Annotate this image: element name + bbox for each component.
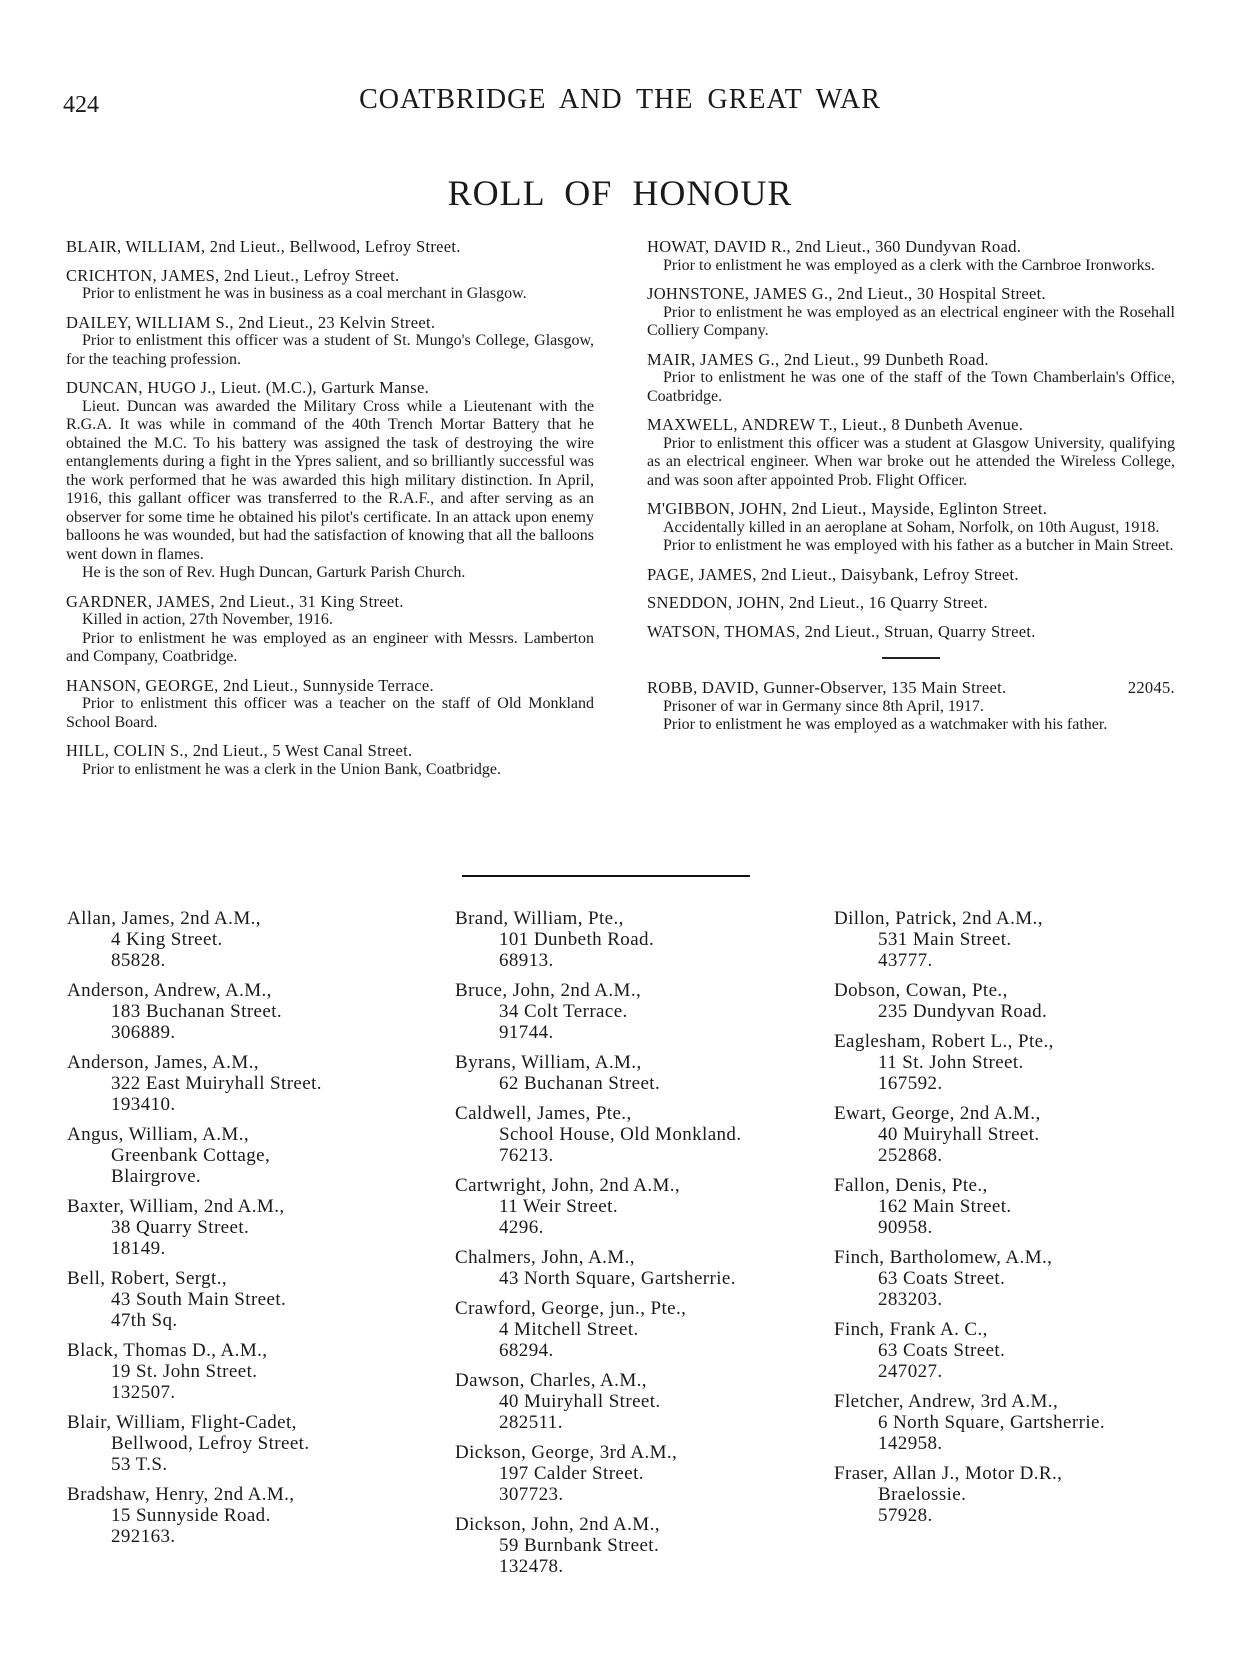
roll-number: 283203. xyxy=(834,1289,1194,1310)
roll-address: 59 Burnbank Street. xyxy=(455,1535,815,1556)
roll-number: 57928. xyxy=(834,1505,1194,1526)
roll-number: 252868. xyxy=(834,1145,1194,1166)
section-title: ROLL OF HONOUR xyxy=(0,172,1240,214)
roll-name: Crawford, George, jun., Pte., xyxy=(455,1298,815,1319)
roll-address: 63 Coats Street. xyxy=(834,1268,1194,1289)
roll-number: 85828. xyxy=(67,950,437,971)
short-divider xyxy=(882,657,940,659)
roll-name: Dickson, John, 2nd A.M., xyxy=(455,1514,815,1535)
roll-address: Braelossie. xyxy=(834,1484,1194,1505)
officer-heading: WATSON, THOMAS, 2nd Lieut., Struan, Quar… xyxy=(647,623,1175,642)
prisoner-bio: Prior to enlistment he was employed as a… xyxy=(647,716,1175,735)
roll-entry: Anderson, Andrew, A.M.,183 Buchanan Stre… xyxy=(67,980,437,1043)
officer-heading: MAXWELL, ANDREW T., Lieut., 8 Dunbeth Av… xyxy=(647,416,1175,435)
officers-left-column: BLAIR, WILLIAM, 2nd Lieut., Bellwood, Le… xyxy=(66,238,594,789)
roll-entry: Cartwright, John, 2nd A.M.,11 Weir Stree… xyxy=(455,1175,815,1238)
officer-entry: PAGE, JAMES, 2nd Lieut., Daisybank, Lefr… xyxy=(647,566,1175,585)
prisoner-entry: ROBB, DAVID, Gunner-Observer, 135 Main S… xyxy=(647,679,1175,735)
roll-name: Dobson, Cowan, Pte., xyxy=(834,980,1194,1001)
roll-name: Finch, Bartholomew, A.M., xyxy=(834,1247,1194,1268)
officer-entry: HANSON, GEORGE, 2nd Lieut., Sunnyside Te… xyxy=(66,677,594,733)
roll-entry: Finch, Bartholomew, A.M.,63 Coats Street… xyxy=(834,1247,1194,1310)
officer-note: Prior to enlistment he was employed as a… xyxy=(647,257,1175,276)
officer-note: Prior to enlistment this officer was a t… xyxy=(66,695,594,732)
officer-heading: M'GIBBON, JOHN, 2nd Lieut., Mayside, Egl… xyxy=(647,500,1175,519)
roll-column-1: Allan, James, 2nd A.M.,4 King Street.858… xyxy=(67,908,437,1556)
prisoner-note: Prisoner of war in Germany since 8th Apr… xyxy=(647,698,1175,717)
roll-entry: Dickson, George, 3rd A.M.,197 Calder Str… xyxy=(455,1442,815,1505)
roll-name: Dawson, Charles, A.M., xyxy=(455,1370,815,1391)
roll-number: 53 T.S. xyxy=(67,1454,437,1475)
roll-name: Brand, William, Pte., xyxy=(455,908,815,929)
roll-name: Dillon, Patrick, 2nd A.M., xyxy=(834,908,1194,929)
officers-right-column: HOWAT, DAVID R., 2nd Lieut., 360 Dundyva… xyxy=(647,238,1175,745)
roll-address: 322 East Muiryhall Street. xyxy=(67,1073,437,1094)
roll-address: 63 Coats Street. xyxy=(834,1340,1194,1361)
roll-number: 132478. xyxy=(455,1556,815,1577)
officer-entry: JOHNSTONE, JAMES G., 2nd Lieut., 30 Hosp… xyxy=(647,285,1175,341)
roll-entry: Crawford, George, jun., Pte.,4 Mitchell … xyxy=(455,1298,815,1361)
officer-heading: CRICHTON, JAMES, 2nd Lieut., Lefroy Stre… xyxy=(66,267,594,286)
officer-heading: DAILEY, WILLIAM S., 2nd Lieut., 23 Kelvi… xyxy=(66,314,594,333)
roll-name: Finch, Frank A. C., xyxy=(834,1319,1194,1340)
roll-entry: Anderson, James, A.M.,322 East Muiryhall… xyxy=(67,1052,437,1115)
roll-entry: Baxter, William, 2nd A.M.,38 Quarry Stre… xyxy=(67,1196,437,1259)
roll-number: 91744. xyxy=(455,1022,815,1043)
officer-entry: HOWAT, DAVID R., 2nd Lieut., 360 Dundyva… xyxy=(647,238,1175,275)
roll-entry: Bell, Robert, Sergt.,43 South Main Stree… xyxy=(67,1268,437,1331)
officer-heading: MAIR, JAMES G., 2nd Lieut., 99 Dunbeth R… xyxy=(647,351,1175,370)
roll-address: 197 Calder Street. xyxy=(455,1463,815,1484)
roll-name: Blair, William, Flight-Cadet, xyxy=(67,1412,437,1433)
roll-column-3: Dillon, Patrick, 2nd A.M.,531 Main Stree… xyxy=(834,908,1194,1535)
roll-address: 11 St. John Street. xyxy=(834,1052,1194,1073)
prisoner-number: 22045. xyxy=(1128,679,1175,698)
officer-entry: M'GIBBON, JOHN, 2nd Lieut., Mayside, Egl… xyxy=(647,500,1175,556)
roll-entry: Fraser, Allan J., Motor D.R.,Braelossie.… xyxy=(834,1463,1194,1526)
roll-address: 162 Main Street. xyxy=(834,1196,1194,1217)
roll-name: Bradshaw, Henry, 2nd A.M., xyxy=(67,1484,437,1505)
roll-address: 183 Buchanan Street. xyxy=(67,1001,437,1022)
roll-number: 247027. xyxy=(834,1361,1194,1382)
roll-number: 282511. xyxy=(455,1412,815,1433)
officer-note: Prior to enlistment this officer was a s… xyxy=(647,435,1175,491)
officer-entry: MAIR, JAMES G., 2nd Lieut., 99 Dunbeth R… xyxy=(647,351,1175,407)
roll-name: Byrans, William, A.M., xyxy=(455,1052,815,1073)
running-head: COATBRIDGE AND THE GREAT WAR xyxy=(0,84,1240,116)
roll-number: 90958. xyxy=(834,1217,1194,1238)
officer-entry: DAILEY, WILLIAM S., 2nd Lieut., 23 Kelvi… xyxy=(66,314,594,370)
roll-number: 167592. xyxy=(834,1073,1194,1094)
roll-name: Ewart, George, 2nd A.M., xyxy=(834,1103,1194,1124)
roll-number: 47th Sq. xyxy=(67,1310,437,1331)
officer-entry: MAXWELL, ANDREW T., Lieut., 8 Dunbeth Av… xyxy=(647,416,1175,490)
roll-address: 43 South Main Street. xyxy=(67,1289,437,1310)
roll-entry: Brand, William, Pte.,101 Dunbeth Road.68… xyxy=(455,908,815,971)
officer-entry: DUNCAN, HUGO J., Lieut. (M.C.), Garturk … xyxy=(66,379,594,583)
roll-entry: Dobson, Cowan, Pte.,235 Dundyvan Road. xyxy=(834,980,1194,1022)
roll-name: Angus, William, A.M., xyxy=(67,1124,437,1145)
roll-name: Caldwell, James, Pte., xyxy=(455,1103,815,1124)
roll-number: 18149. xyxy=(67,1238,437,1259)
officer-note: Lieut. Duncan was awarded the Military C… xyxy=(66,398,594,565)
roll-address: Bellwood, Lefroy Street. xyxy=(67,1433,437,1454)
officer-note: Prior to enlistment he was a clerk in th… xyxy=(66,761,594,780)
roll-entry: Fallon, Denis, Pte.,162 Main Street.9095… xyxy=(834,1175,1194,1238)
roll-number: 306889. xyxy=(67,1022,437,1043)
roll-entry: Dillon, Patrick, 2nd A.M.,531 Main Stree… xyxy=(834,908,1194,971)
roll-number: 193410. xyxy=(67,1094,437,1115)
roll-address: 15 Sunnyside Road. xyxy=(67,1505,437,1526)
roll-address: 4 Mitchell Street. xyxy=(455,1319,815,1340)
roll-name: Bruce, John, 2nd A.M., xyxy=(455,980,815,1001)
roll-address: 40 Muiryhall Street. xyxy=(455,1391,815,1412)
officer-entry: HILL, COLIN S., 2nd Lieut., 5 West Canal… xyxy=(66,742,594,779)
roll-address: 62 Buchanan Street. xyxy=(455,1073,815,1094)
roll-address: School House, Old Monkland. xyxy=(455,1124,815,1145)
roll-name: Anderson, Andrew, A.M., xyxy=(67,980,437,1001)
roll-name: Chalmers, John, A.M., xyxy=(455,1247,815,1268)
prisoner-head: ROBB, DAVID, Gunner-Observer, 135 Main S… xyxy=(647,678,1006,697)
officer-heading: PAGE, JAMES, 2nd Lieut., Daisybank, Lefr… xyxy=(647,566,1175,585)
officer-entry: CRICHTON, JAMES, 2nd Lieut., Lefroy Stre… xyxy=(66,267,594,304)
roll-name: Fletcher, Andrew, 3rd A.M., xyxy=(834,1391,1194,1412)
roll-entry: Blair, William, Flight-Cadet,Bellwood, L… xyxy=(67,1412,437,1475)
officer-note: He is the son of Rev. Hugh Duncan, Gartu… xyxy=(66,564,594,583)
officer-heading: BLAIR, WILLIAM, 2nd Lieut., Bellwood, Le… xyxy=(66,238,594,257)
officer-note: Prior to enlistment he was in business a… xyxy=(66,285,594,304)
roll-name: Anderson, James, A.M., xyxy=(67,1052,437,1073)
roll-address: 4 King Street. xyxy=(67,929,437,950)
roll-entry: Bradshaw, Henry, 2nd A.M.,15 Sunnyside R… xyxy=(67,1484,437,1547)
roll-entry: Ewart, George, 2nd A.M.,40 Muiryhall Str… xyxy=(834,1103,1194,1166)
officer-heading: HOWAT, DAVID R., 2nd Lieut., 360 Dundyva… xyxy=(647,238,1175,257)
officer-note: Prior to enlistment he was employed as a… xyxy=(66,630,594,667)
roll-name: Baxter, William, 2nd A.M., xyxy=(67,1196,437,1217)
roll-entry: Dawson, Charles, A.M.,40 Muiryhall Stree… xyxy=(455,1370,815,1433)
roll-entry: Dickson, John, 2nd A.M.,59 Burnbank Stre… xyxy=(455,1514,815,1577)
section-divider xyxy=(462,875,750,877)
roll-name: Cartwright, John, 2nd A.M., xyxy=(455,1175,815,1196)
roll-entry: Byrans, William, A.M.,62 Buchanan Street… xyxy=(455,1052,815,1094)
officer-entry: GARDNER, JAMES, 2nd Lieut., 31 King Stre… xyxy=(66,593,594,667)
roll-number: Blairgrove. xyxy=(67,1166,437,1187)
officer-heading: DUNCAN, HUGO J., Lieut. (M.C.), Garturk … xyxy=(66,379,594,398)
roll-entry: Chalmers, John, A.M.,43 North Square, Ga… xyxy=(455,1247,815,1289)
roll-address: 34 Colt Terrace. xyxy=(455,1001,815,1022)
officer-note: Prior to enlistment he was one of the st… xyxy=(647,369,1175,406)
officer-heading: HANSON, GEORGE, 2nd Lieut., Sunnyside Te… xyxy=(66,677,594,696)
roll-name: Black, Thomas D., A.M., xyxy=(67,1340,437,1361)
roll-address: 43 North Square, Gartsherrie. xyxy=(455,1268,815,1289)
roll-column-2: Brand, William, Pte.,101 Dunbeth Road.68… xyxy=(455,908,815,1586)
roll-number: 132507. xyxy=(67,1382,437,1403)
roll-number: 4296. xyxy=(455,1217,815,1238)
roll-name: Bell, Robert, Sergt., xyxy=(67,1268,437,1289)
officer-heading: SNEDDON, JOHN, 2nd Lieut., 16 Quarry Str… xyxy=(647,594,1175,613)
roll-name: Dickson, George, 3rd A.M., xyxy=(455,1442,815,1463)
roll-name: Allan, James, 2nd A.M., xyxy=(67,908,437,929)
roll-number: 76213. xyxy=(455,1145,815,1166)
roll-address: 235 Dundyvan Road. xyxy=(834,1001,1194,1022)
roll-number: 142958. xyxy=(834,1433,1194,1454)
roll-entry: Fletcher, Andrew, 3rd A.M.,6 North Squar… xyxy=(834,1391,1194,1454)
roll-number: 43777. xyxy=(834,950,1194,971)
roll-address: 6 North Square, Gartsherrie. xyxy=(834,1412,1194,1433)
officer-entry: SNEDDON, JOHN, 2nd Lieut., 16 Quarry Str… xyxy=(647,594,1175,613)
roll-address: 531 Main Street. xyxy=(834,929,1194,950)
officer-note: Prior to enlistment this officer was a s… xyxy=(66,332,594,369)
officer-note: Prior to enlistment he was employed with… xyxy=(647,537,1175,556)
roll-name: Fraser, Allan J., Motor D.R., xyxy=(834,1463,1194,1484)
roll-entry: Allan, James, 2nd A.M.,4 King Street.858… xyxy=(67,908,437,971)
roll-entry: Black, Thomas D., A.M.,19 St. John Stree… xyxy=(67,1340,437,1403)
roll-number: 68913. xyxy=(455,950,815,971)
roll-entry: Bruce, John, 2nd A.M.,34 Colt Terrace.91… xyxy=(455,980,815,1043)
officer-heading: GARDNER, JAMES, 2nd Lieut., 31 King Stre… xyxy=(66,593,594,612)
officer-note: Prior to enlistment he was employed as a… xyxy=(647,304,1175,341)
officer-heading: HILL, COLIN S., 2nd Lieut., 5 West Canal… xyxy=(66,742,594,761)
roll-number: 292163. xyxy=(67,1526,437,1547)
roll-number: 307723. xyxy=(455,1484,815,1505)
officer-heading: JOHNSTONE, JAMES G., 2nd Lieut., 30 Hosp… xyxy=(647,285,1175,304)
roll-name: Eaglesham, Robert L., Pte., xyxy=(834,1031,1194,1052)
roll-address: Greenbank Cottage, xyxy=(67,1145,437,1166)
officer-entry: BLAIR, WILLIAM, 2nd Lieut., Bellwood, Le… xyxy=(66,238,594,257)
roll-name: Fallon, Denis, Pte., xyxy=(834,1175,1194,1196)
roll-entry: Eaglesham, Robert L., Pte.,11 St. John S… xyxy=(834,1031,1194,1094)
roll-entry: Angus, William, A.M.,Greenbank Cottage,B… xyxy=(67,1124,437,1187)
officer-note: Accidentally killed in an aeroplane at S… xyxy=(647,519,1175,538)
roll-address: 40 Muiryhall Street. xyxy=(834,1124,1194,1145)
roll-number: 68294. xyxy=(455,1340,815,1361)
roll-entry: Finch, Frank A. C.,63 Coats Street.24702… xyxy=(834,1319,1194,1382)
roll-address: 38 Quarry Street. xyxy=(67,1217,437,1238)
roll-address: 19 St. John Street. xyxy=(67,1361,437,1382)
officer-note: Killed in action, 27th November, 1916. xyxy=(66,611,594,630)
officer-entry: WATSON, THOMAS, 2nd Lieut., Struan, Quar… xyxy=(647,623,1175,642)
roll-address: 101 Dunbeth Road. xyxy=(455,929,815,950)
roll-address: 11 Weir Street. xyxy=(455,1196,815,1217)
roll-entry: Caldwell, James, Pte.,School House, Old … xyxy=(455,1103,815,1166)
